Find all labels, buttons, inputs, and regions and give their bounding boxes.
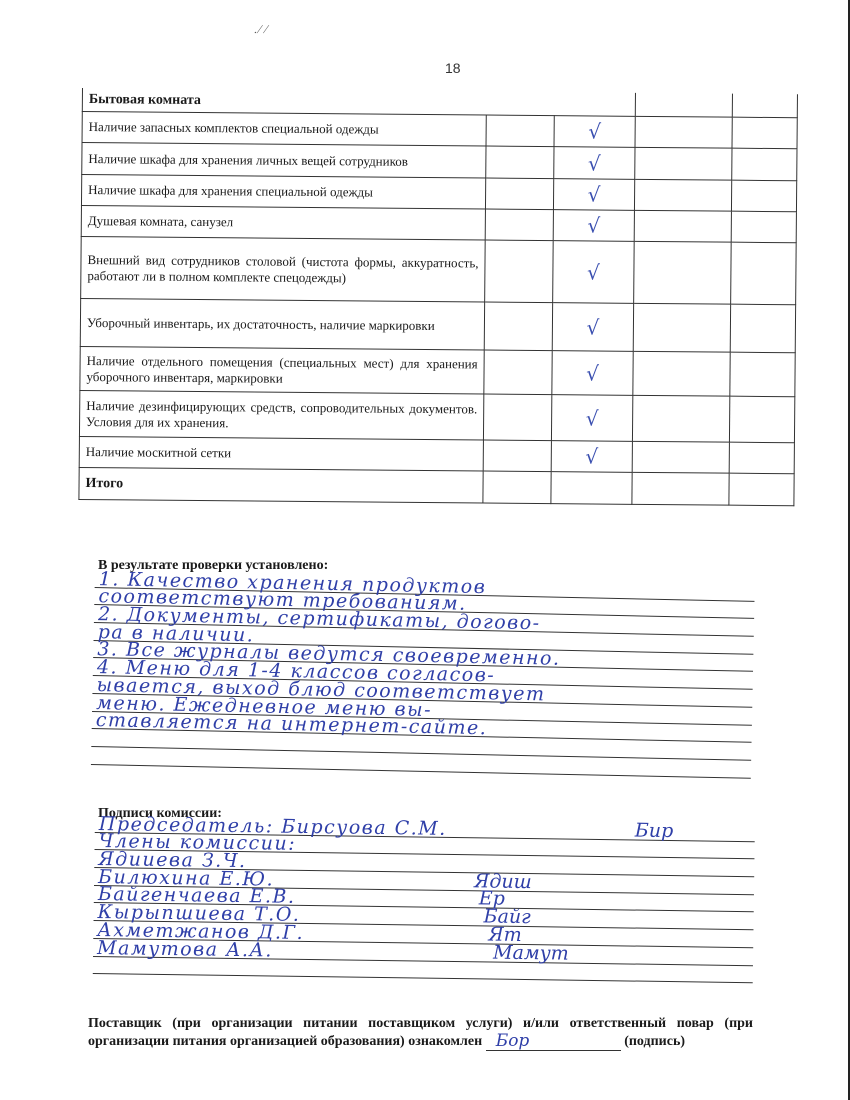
row-label: Душевая комната, санузел — [81, 205, 485, 240]
row-label: Внешний вид сотрудников столовой (чистот… — [81, 236, 486, 302]
results-lines: 1. Качество хранения продуктовсоответств… — [91, 570, 755, 778]
row-label: Наличие отдельного помещения (специальны… — [80, 346, 484, 394]
section-title: Бытовая комната — [89, 92, 201, 108]
check-mark-icon: √ — [586, 361, 599, 385]
check-mark-icon: √ — [588, 151, 601, 175]
row-label: Наличие дезинфицирующих средств, сопрово… — [79, 390, 483, 440]
member-signature: Мамут — [493, 941, 569, 964]
check-mark-icon: √ — [585, 444, 598, 468]
check-mark-icon: √ — [587, 260, 600, 284]
check-mark-icon: √ — [588, 119, 601, 143]
member-signature: Бир — [635, 819, 674, 842]
check-mark-icon: √ — [586, 406, 599, 430]
sign-caption: (подпись) — [624, 1034, 685, 1049]
row-label: Уборочный инвентарь, их достаточность, н… — [80, 298, 484, 350]
check-mark-icon: √ — [588, 182, 601, 206]
row-label: Наличие запасных комплектов специальной … — [82, 112, 486, 147]
checklist-row: Наличие отдельного помещения (специальны… — [80, 346, 795, 396]
supplier-signature-field: Бор — [486, 1036, 621, 1051]
supplier-acknowledgement: Поставщик (при организации питании поста… — [88, 1015, 753, 1051]
checklist-table: Бытовая комната Наличие запасных комплек… — [78, 88, 798, 506]
check-mark-icon: √ — [587, 213, 600, 237]
checklist-row: Наличие дезинфицирующих средств, сопрово… — [79, 390, 794, 442]
scan-marks: ./ / — [252, 22, 270, 37]
total-row: Итого — [79, 467, 794, 505]
checklist-row: Уборочный инвентарь, их достаточность, н… — [80, 298, 795, 352]
signature-lines: Председатель: Бирсуова С.М.БирЧлены коми… — [93, 815, 755, 983]
total-label: Итого — [85, 476, 123, 491]
row-label: Наличие москитной сетки — [79, 436, 483, 471]
check-mark-icon: √ — [586, 315, 599, 339]
row-label: Наличие шкафа для хранения личных вещей … — [82, 143, 486, 179]
page-number: 18 — [445, 60, 461, 76]
checklist-row: Внешний вид сотрудников столовой (чистот… — [81, 236, 797, 304]
supplier-signature: Бор — [496, 1032, 530, 1050]
row-label: Наличие шкафа для хранения специальной о… — [81, 175, 485, 210]
